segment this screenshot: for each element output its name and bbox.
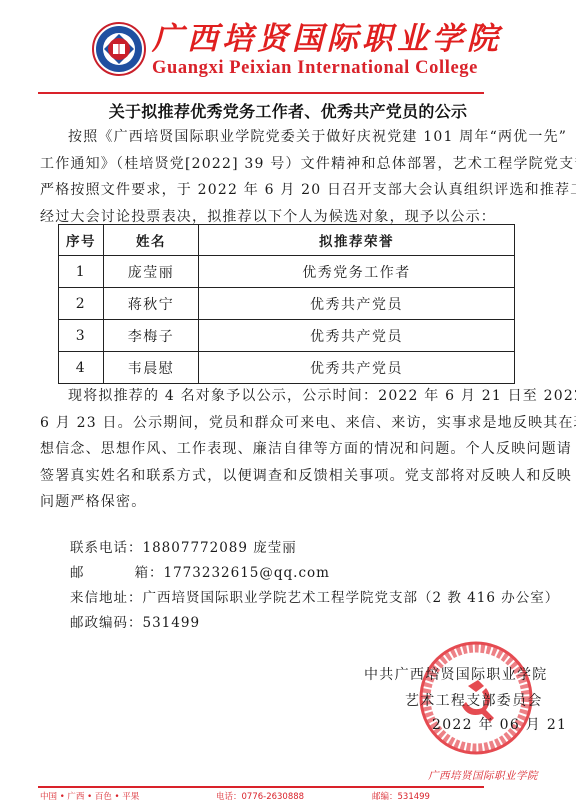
cell-name: 庞莹丽 [104,256,199,288]
cell-honor: 优秀共产党员 [199,320,515,352]
cell-honor: 优秀党务工作者 [199,256,515,288]
signature-date: 2022 年 06 月 21 [432,715,567,735]
intro-paragraph: 按照《广西培贤国际职业学院党委关于做好庆祝党建 101 周年“两优一先” 工作通… [40,124,540,230]
signature-committee: 艺术工程支部委员会 [405,691,543,711]
phone-value: 18807772089 庞莹丽 [143,540,297,556]
cell-number: 3 [59,320,104,352]
letterhead: 广西培贤国际职业学院 Guangxi Peixian International… [0,0,576,95]
signature-organization: 中共广西培贤国际职业学院 [364,665,548,685]
college-name-chinese: 广西培贤国际职业学院 [152,21,502,57]
postcode-label: 邮政编码： [70,615,143,631]
footer-divider [38,786,484,788]
college-name-english: Guangxi Peixian International College [152,57,478,79]
header-honor: 拟推荐荣誉 [199,225,515,256]
table-row: 4 韦晨慰 优秀共产党员 [59,352,515,384]
table-row: 1 庞莹丽 优秀党务工作者 [59,256,515,288]
nominee-table: 序号 姓名 拟推荐荣誉 1 庞莹丽 优秀党务工作者 2 蒋秋宁 优秀共产党员 3… [58,224,515,384]
table-row: 3 李梅子 优秀共产党员 [59,320,515,352]
footer-college-script: 广西培贤国际职业学院 [428,768,538,783]
cell-honor: 优秀共产党员 [199,288,515,320]
table-header-row: 序号 姓名 拟推荐荣誉 [59,225,515,256]
cell-name: 李梅子 [104,320,199,352]
document-title: 关于拟推荐优秀党务工作者、优秀共产党员的公示 [0,101,576,123]
header-number: 序号 [59,225,104,256]
header-name: 姓名 [104,225,199,256]
cell-honor: 优秀共产党员 [199,352,515,384]
notice-line: 现将拟推荐的 4 名对象予以公示，公示时间：2022 年 6 月 21 日至 2… [40,383,540,410]
notice-line: 6 月 23 日。公示期间，党员和群众可来电、来信、来访，实事求是地反映其在理 [40,410,540,437]
intro-line: 按照《广西培贤国际职业学院党委关于做好庆祝党建 101 周年“两优一先” [40,124,540,151]
contact-info: 联系电话：18807772089 庞莹丽 邮箱：1773232615@qq.co… [70,536,540,636]
footer-phone: 电话：0776-2630888 [216,790,304,802]
college-emblem-icon [92,22,146,76]
contact-email: 邮箱：1773232615@qq.com [70,561,540,586]
footer-location: 中国 • 广西 • 百色 • 平果 [40,790,139,802]
notice-line: 问题严格保密。 [40,489,540,516]
contact-address: 来信地址：广西培贤国际职业学院艺术工程学院党支部（2 教 416 办公室） [70,586,540,611]
intro-line: 严格按照文件要求，于 2022 年 6 月 20 日召开支部大会认真组织评选和推… [40,177,540,204]
contact-postcode: 邮政编码：531499 [70,611,540,636]
cell-number: 4 [59,352,104,384]
header-divider [38,92,484,94]
notice-paragraph: 现将拟推荐的 4 名对象予以公示，公示时间：2022 年 6 月 21 日至 2… [40,383,540,516]
cell-number: 1 [59,256,104,288]
email-label: 邮 [70,565,85,581]
intro-line: 工作通知》（桂培贤党[2022] 39 号）文件精神和总体部署，艺术工程学院党支… [40,151,540,178]
footer-postcode: 邮编：531499 [372,790,430,802]
postcode-value: 531499 [143,615,201,631]
contact-phone: 联系电话：18807772089 庞莹丽 [70,536,540,561]
notice-line: 想信念、思想作风、工作表现、廉洁自律等方面的情况和问题。个人反映问题请 [40,436,540,463]
cell-number: 2 [59,288,104,320]
phone-label: 联系电话： [70,540,143,556]
table-row: 2 蒋秋宁 优秀共产党员 [59,288,515,320]
address-label: 来信地址： [70,590,143,606]
notice-line: 签署真实姓名和联系方式，以便调查和反馈相关事项。党支部将对反映人和反映 [40,463,540,490]
email-label-suffix: 箱： [135,565,164,581]
cell-name: 韦晨慰 [104,352,199,384]
cell-name: 蒋秋宁 [104,288,199,320]
email-value[interactable]: 1773232615@qq.com [164,565,330,581]
address-value: 广西培贤国际职业学院艺术工程学院党支部（2 教 416 办公室） [143,590,560,606]
